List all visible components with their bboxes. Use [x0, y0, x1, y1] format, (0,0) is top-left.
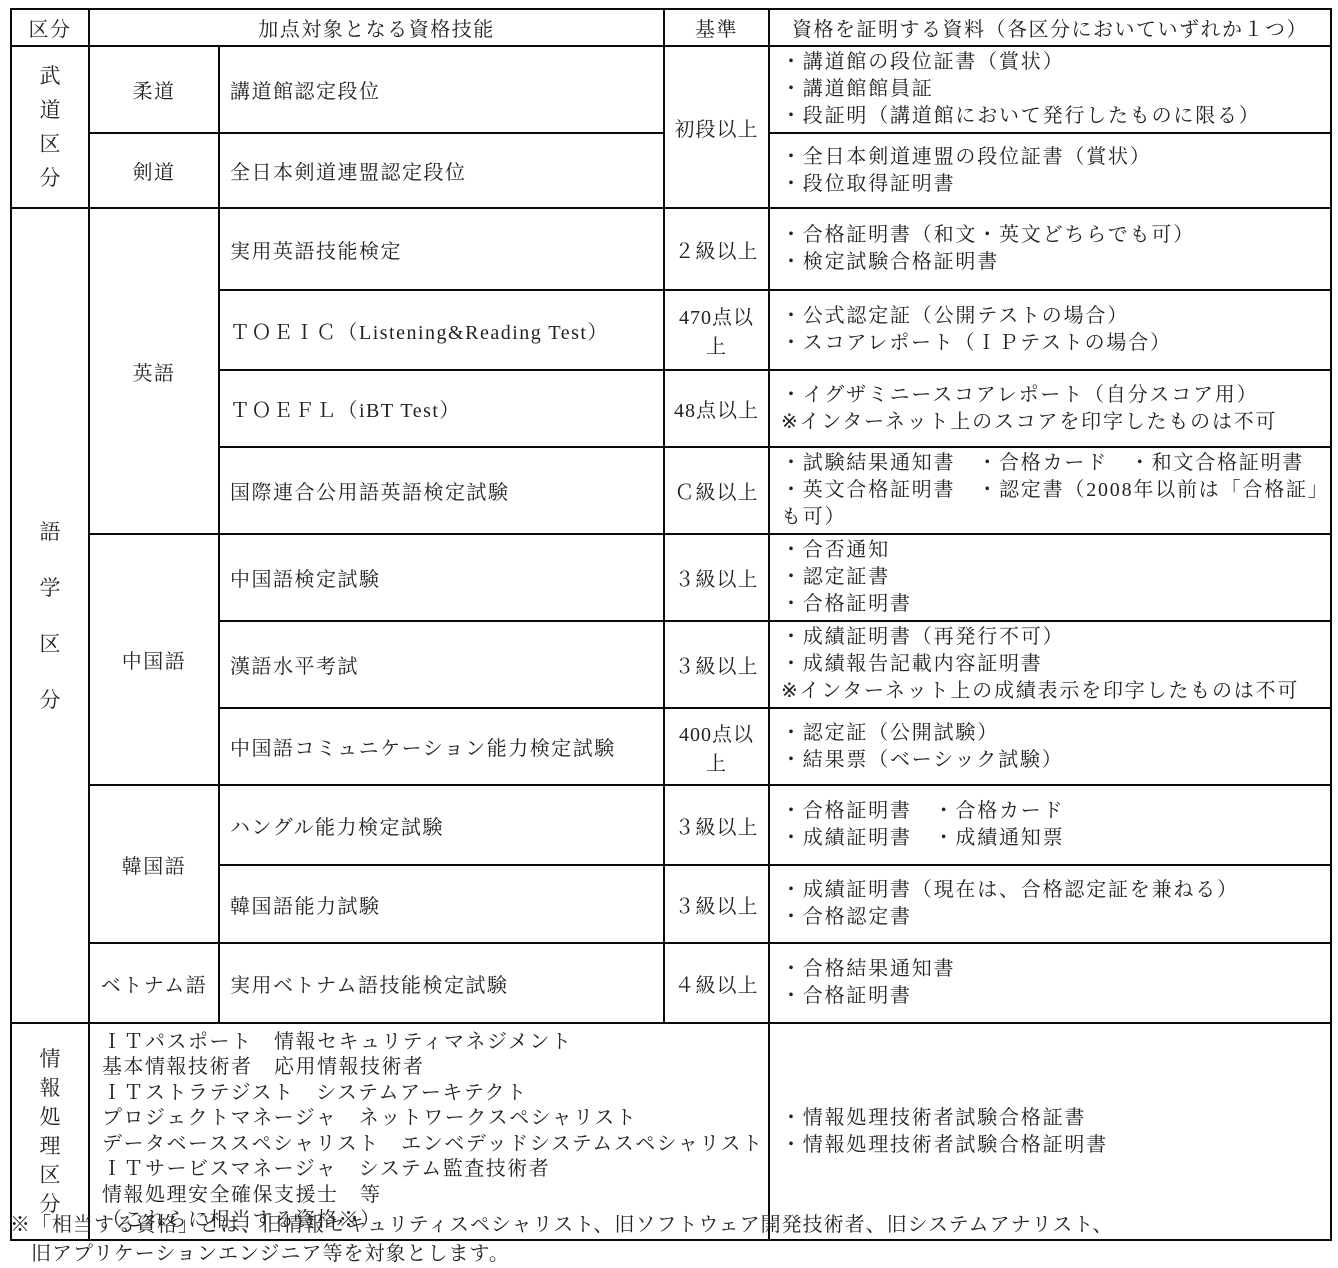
hangul-row: 韓国語 ハングル能力検定試験 ３級以上 ・合格証明書 ・合格カード ・成績証明書… [11, 785, 1331, 865]
it-section-row: 情報処理区分 ＩＴパスポート 情報セキュリティマネジメント 基本情報技術者 応用… [11, 1023, 1331, 1240]
budo-criteria: 初段以上 [664, 46, 769, 208]
vietnamese-row: ベトナム語 実用ベトナム語技能検定試験 ４級以上 ・合格結果通知書 ・合格証明書 [11, 943, 1331, 1023]
chuken-qualification: 中国語検定試験 [219, 534, 664, 621]
toeic-documents: ・公式認定証（公開テストの場合） ・スコアレポート（ＩＰテストの場合） [769, 290, 1331, 370]
criteria-column-header: 基準 [664, 9, 769, 46]
topik-documents: ・成績証明書（現在は、合格認定証を兼ねる） ・合格認定書 [769, 865, 1331, 943]
topik-qualification: 韓国語能力試験 [219, 865, 664, 943]
joho-section-label: 情報処理区分 [12, 1045, 88, 1219]
document-page: 区分 加点対象となる資格技能 基準 資格を証明する資料（各区分においていずれか１… [0, 0, 1338, 1268]
toefl-qualification: ＴＯＥＦＬ（iBT Test） [219, 370, 664, 447]
judo-row: 武道区分 柔道 講道館認定段位 初段以上 ・講道館の段位証書（賞状） ・講道館館… [11, 46, 1331, 133]
it-documents: ・情報処理技術者試験合格証書 ・情報処理技術者試験合格証明書 [769, 1023, 1331, 1240]
toefl-documents: ・イグザミニースコアレポート（自分スコア用） ※インターネット上のスコアを印字し… [769, 370, 1331, 447]
chinese-group-label: 中国語 [89, 534, 219, 785]
hangul-criteria: ３級以上 [664, 785, 769, 865]
hsk-documents: ・成績証明書（再発行不可） ・成績報告記載内容証明書 ※インターネット上の成績表… [769, 621, 1331, 708]
joho-section-cell: 情報処理区分 [11, 1023, 89, 1240]
qualification-column-header: 加点対象となる資格技能 [89, 9, 664, 46]
kokuren-eiken-criteria: Ｃ級以上 [664, 447, 769, 534]
chuken-criteria: ３級以上 [664, 534, 769, 621]
kendo-qualification: 全日本剣道連盟認定段位 [219, 133, 664, 208]
hsk-criteria: ３級以上 [664, 621, 769, 708]
qualification-table: 区分 加点対象となる資格技能 基準 資格を証明する資料（各区分においていずれか１… [10, 8, 1332, 1241]
chinese-communication-criteria: 400点以上 [664, 708, 769, 785]
kokuren-eiken-documents: ・試験結果通知書 ・合格カード ・和文合格証明書 ・英文合格証明書 ・認定書（2… [769, 447, 1331, 534]
eiken-documents: ・合格証明書（和文・英文どちらでも可） ・検定試験合格証明書 [769, 208, 1331, 290]
vietnamese-documents: ・合格結果通知書 ・合格証明書 [769, 943, 1331, 1023]
it-qualifications-list: ＩＴパスポート 情報セキュリティマネジメント 基本情報技術者 応用情報技術者 Ｉ… [89, 1023, 769, 1240]
footnote: ※「相当する資格」とは、旧情報セキュリティスペシャリスト、旧ソフトウェア開発技術… [10, 1211, 1320, 1268]
korean-group-label: 韓国語 [89, 785, 219, 943]
kokuren-eiken-qualification: 国際連合公用語英語検定試験 [219, 447, 664, 534]
gogaku-section-cell: 語学区分 [11, 208, 89, 1023]
chuken-row: 中国語 中国語検定試験 ３級以上 ・合否通知 ・認定証書 ・合格証明書 [11, 534, 1331, 621]
gogaku-section-label: 語学区分 [12, 504, 88, 728]
vietnamese-criteria: ４級以上 [664, 943, 769, 1023]
table-header-row: 区分 加点対象となる資格技能 基準 資格を証明する資料（各区分においていずれか１… [11, 9, 1331, 46]
kendo-documents: ・全日本剣道連盟の段位証書（賞状） ・段位取得証明書 [769, 133, 1331, 208]
chinese-communication-qualification: 中国語コミュニケーション能力検定試験 [219, 708, 664, 785]
kendo-sub-label: 剣道 [89, 133, 219, 208]
judo-qualification: 講道館認定段位 [219, 46, 664, 133]
vietnamese-qualification: 実用ベトナム語技能検定試験 [219, 943, 664, 1023]
toeic-qualification: ＴＯＥＩＣ（Listening&Reading Test） [219, 290, 664, 370]
category-column-header: 区分 [11, 9, 89, 46]
toeic-criteria: 470点以上 [664, 290, 769, 370]
budo-section-label: 武道区分 [12, 59, 88, 195]
judo-sub-label: 柔道 [89, 46, 219, 133]
hangul-documents: ・合格証明書 ・合格カード ・成績証明書 ・成績通知票 [769, 785, 1331, 865]
hsk-qualification: 漢語水平考試 [219, 621, 664, 708]
toefl-criteria: 48点以上 [664, 370, 769, 447]
budo-section-cell: 武道区分 [11, 46, 89, 208]
eiken-row: 語学区分 英語 実用英語技能検定 ２級以上 ・合格証明書（和文・英文どちらでも可… [11, 208, 1331, 290]
topik-criteria: ３級以上 [664, 865, 769, 943]
documents-column-header: 資格を証明する資料（各区分においていずれか１つ） [769, 9, 1331, 46]
judo-documents: ・講道館の段位証書（賞状） ・講道館館員証 ・段証明（講道館において発行したもの… [769, 46, 1331, 133]
english-group-label: 英語 [89, 208, 219, 534]
vietnamese-group-label: ベトナム語 [89, 943, 219, 1023]
chuken-documents: ・合否通知 ・認定証書 ・合格証明書 [769, 534, 1331, 621]
eiken-qualification: 実用英語技能検定 [219, 208, 664, 290]
hangul-qualification: ハングル能力検定試験 [219, 785, 664, 865]
chinese-communication-documents: ・認定証（公開試験） ・結果票（ベーシック試験） [769, 708, 1331, 785]
eiken-criteria: ２級以上 [664, 208, 769, 290]
